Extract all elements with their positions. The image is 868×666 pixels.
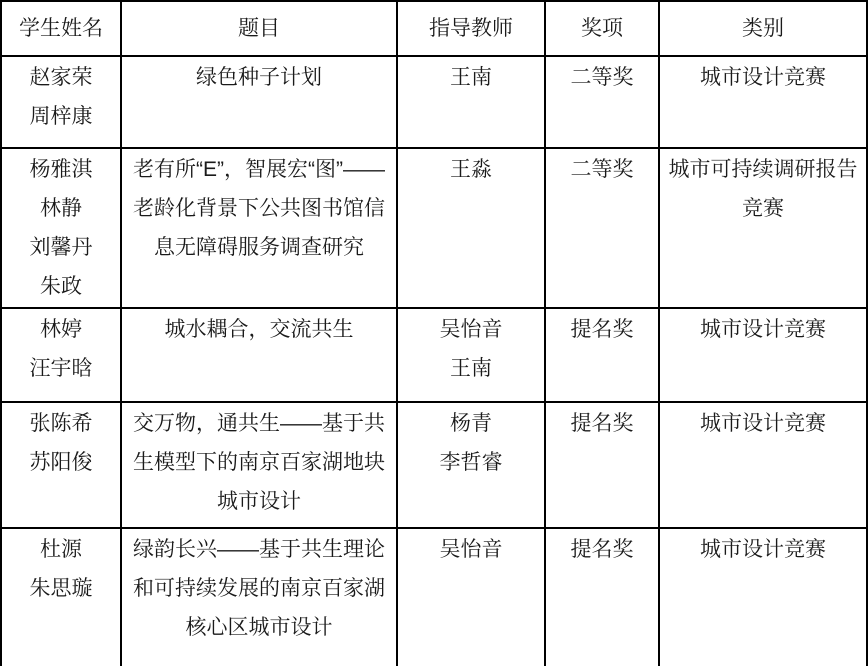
students-cell: 杜源 朱思璇 (1, 528, 121, 666)
header-cell-category: 类别 (659, 1, 867, 56)
teacher-cell: 杨青 李哲睿 (397, 402, 545, 528)
students-cell: 张陈希 苏阳俊 (1, 402, 121, 528)
table-row: 赵家荣 周梓康 绿色种子计划 王南 二等奖 城市设计竞赛 (1, 56, 867, 148)
award-cell: 提名奖 (545, 528, 659, 666)
table-row: 张陈希 苏阳俊 交万物，通共生——基于共生模型下的南京百家湖地块城市设计 杨青 … (1, 402, 867, 528)
award-cell: 提名奖 (545, 402, 659, 528)
award-cell: 二等奖 (545, 148, 659, 308)
header-cell-students: 学生姓名 (1, 1, 121, 56)
category-cell: 城市设计竞赛 (659, 308, 867, 402)
students-cell: 杨雅淇 林静 刘馨丹 朱政 (1, 148, 121, 308)
category-cell: 城市设计竞赛 (659, 56, 867, 148)
table-row: 杜源 朱思璇 绿韵长兴——基于共生理论和可持续发展的南京百家湖核心区城市设计 吴… (1, 528, 867, 666)
teacher-cell: 王南 (397, 56, 545, 148)
teacher-cell: 吴怡音 王南 (397, 308, 545, 402)
category-cell: 城市可持续调研报告竞赛 (659, 148, 867, 308)
title-cell: 城水耦合，交流共生 (121, 308, 397, 402)
title-cell: 绿韵长兴——基于共生理论和可持续发展的南京百家湖核心区城市设计 (121, 528, 397, 666)
title-cell: 绿色种子计划 (121, 56, 397, 148)
title-cell: 老有所“E”，智展宏“图”——老龄化背景下公共图书馆信息无障碍服务调查研究 (121, 148, 397, 308)
header-cell-title: 题目 (121, 1, 397, 56)
table-row: 杨雅淇 林静 刘馨丹 朱政 老有所“E”，智展宏“图”——老龄化背景下公共图书馆… (1, 148, 867, 308)
award-cell: 二等奖 (545, 56, 659, 148)
awards-table: 学生姓名 题目 指导教师 奖项 类别 赵家荣 周梓康 绿色种子计划 王南 二等奖… (0, 0, 868, 666)
category-cell: 城市设计竞赛 (659, 528, 867, 666)
title-cell: 交万物，通共生——基于共生模型下的南京百家湖地块城市设计 (121, 402, 397, 528)
students-cell: 赵家荣 周梓康 (1, 56, 121, 148)
table-row: 林婷 汪宇晗 城水耦合，交流共生 吴怡音 王南 提名奖 城市设计竞赛 (1, 308, 867, 402)
students-cell: 林婷 汪宇晗 (1, 308, 121, 402)
award-cell: 提名奖 (545, 308, 659, 402)
category-cell: 城市设计竞赛 (659, 402, 867, 528)
teacher-cell: 吴怡音 (397, 528, 545, 666)
header-cell-award: 奖项 (545, 1, 659, 56)
header-row: 学生姓名 题目 指导教师 奖项 类别 (1, 1, 867, 56)
header-cell-teacher: 指导教师 (397, 1, 545, 56)
teacher-cell: 王淼 (397, 148, 545, 308)
